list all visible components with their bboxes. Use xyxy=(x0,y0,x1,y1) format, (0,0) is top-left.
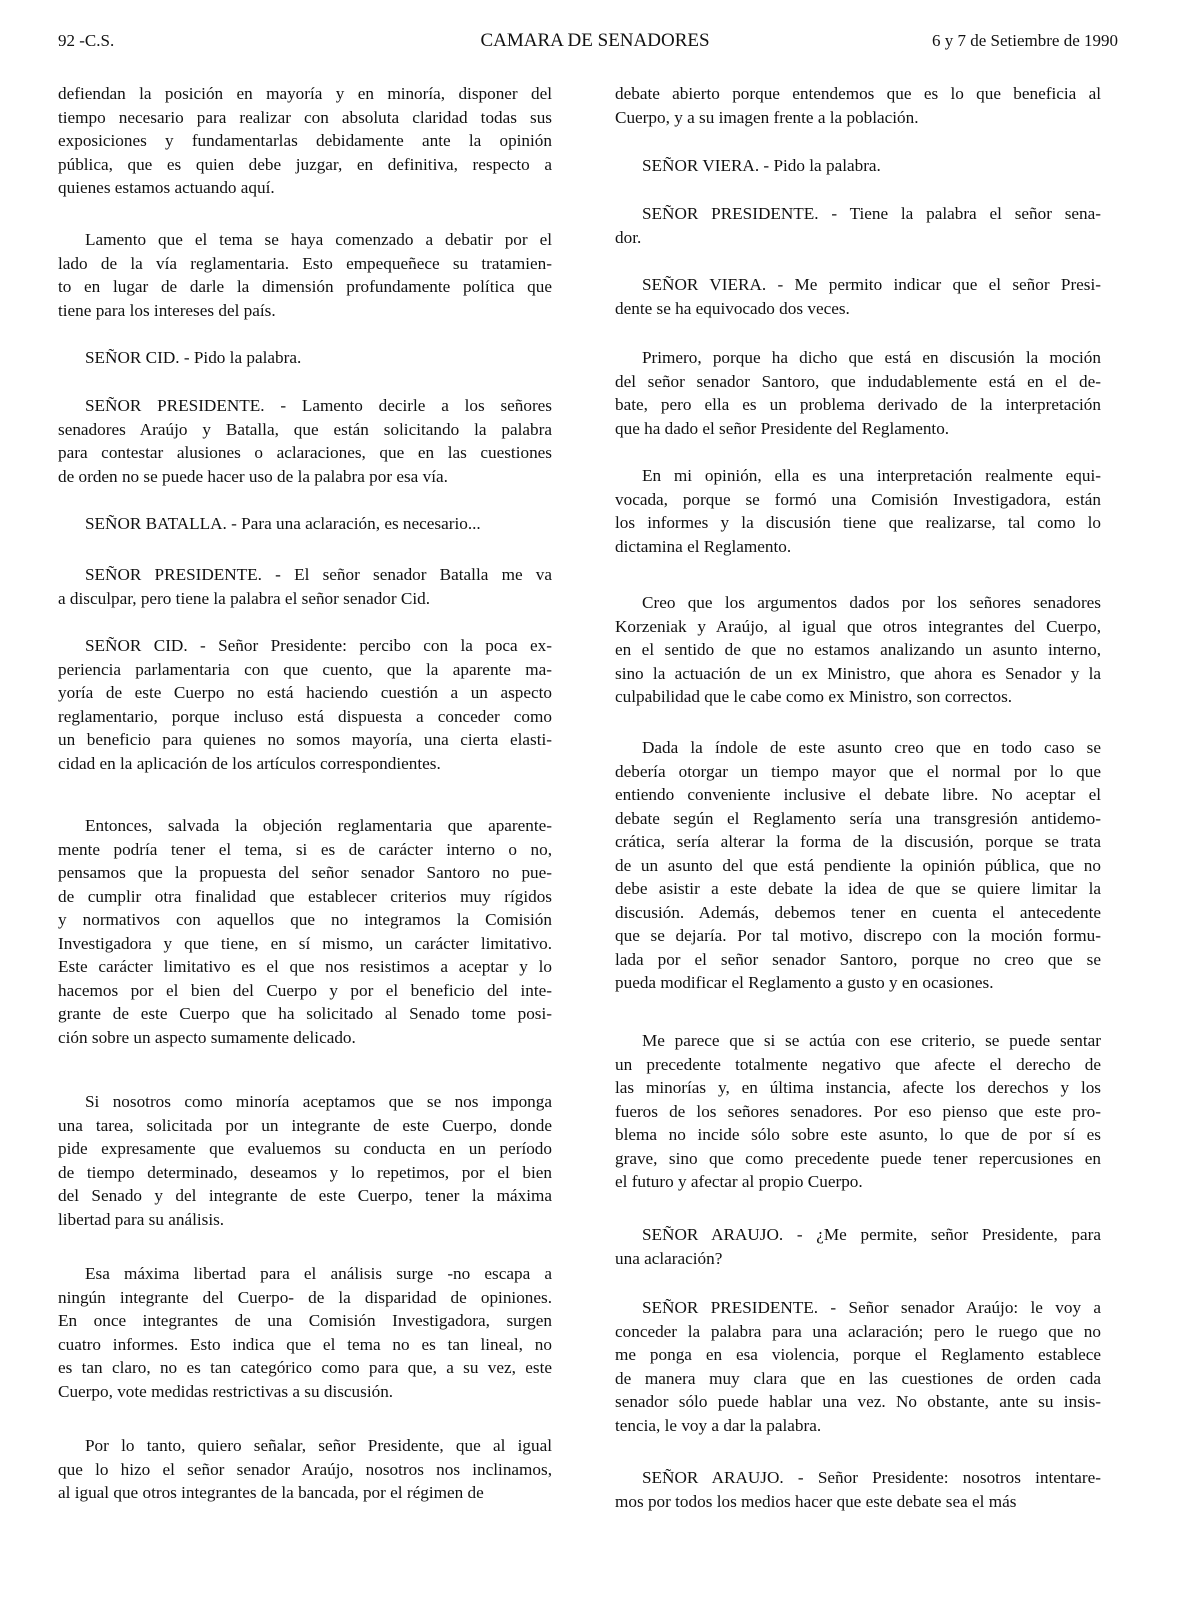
text-line: me ponga en esa violencia, porque el Reg… xyxy=(615,1343,1101,1367)
text-line: fueros de los señores senadores. Por eso… xyxy=(615,1100,1101,1124)
text-line: senador sólo puede hablar una vez. No ob… xyxy=(615,1390,1101,1414)
text-line: pensamos que la propuesta del señor sena… xyxy=(58,861,552,885)
text-line: que se dejaría. Por tal motivo, discrepo… xyxy=(615,924,1101,948)
text-line: SEÑOR ARAUJO. - ¿Me permite, señor Presi… xyxy=(615,1223,1101,1247)
speaker-turn: SEÑOR CID. - Pido la palabra. xyxy=(58,346,552,370)
text-line: debe asistir a este debate la idea de qu… xyxy=(615,877,1101,901)
text-line: Creo que los argumentos dados por los se… xyxy=(615,591,1101,615)
text-line: reglamentario, porque incluso está dispu… xyxy=(58,705,552,729)
text-line: ción sobre un aspecto sumamente delicado… xyxy=(58,1026,552,1050)
speaker-turn: SEÑOR VIERA. - Pido la palabra. xyxy=(615,154,1101,178)
text-line: dictamina el Reglamento. xyxy=(615,535,1101,559)
text-line: SEÑOR VIERA. - Pido la palabra. xyxy=(615,154,1101,178)
paragraph: Lamento que el tema se haya comenzado a … xyxy=(58,228,552,322)
text-line: y normativos con aquellos que no integra… xyxy=(58,908,552,932)
text-line: Este carácter limitativo es el que nos r… xyxy=(58,955,552,979)
text-line: para contestar alusiones o aclaraciones,… xyxy=(58,441,552,465)
text-line: yoría de este Cuerpo no está haciendo cu… xyxy=(58,681,552,705)
text-line: SEÑOR ARAUJO. - Señor Presidente: nosotr… xyxy=(615,1466,1101,1490)
text-line: de orden no se puede hacer uso de la pal… xyxy=(58,465,552,489)
text-line: al igual que otros integrantes de la ban… xyxy=(58,1481,552,1505)
text-line: quienes estamos actuando aquí. xyxy=(58,176,552,200)
text-line: a disculpar, pero tiene la palabra el se… xyxy=(58,587,552,611)
text-line: bate, pero ella es un problema derivado … xyxy=(615,393,1101,417)
text-line: lado de la vía reglamentaria. Esto empeq… xyxy=(58,252,552,276)
text-line: mos por todos los medios hacer que este … xyxy=(615,1490,1101,1514)
text-line: del Senado y del integrante de este Cuer… xyxy=(58,1184,552,1208)
text-line: entiendo conveniente inclusive el debate… xyxy=(615,783,1101,807)
text-line: SEÑOR VIERA. - Me permito indicar que el… xyxy=(615,273,1101,297)
text-line: tiempo necesario para realizar con absol… xyxy=(58,106,552,130)
text-line: vocada, porque se formó una Comisión Inv… xyxy=(615,488,1101,512)
text-line: las minorías y, en última instancia, afe… xyxy=(615,1076,1101,1100)
text-line: es tan claro, no es tan categórico como … xyxy=(58,1356,552,1380)
text-line: SEÑOR PRESIDENTE. - Tiene la palabra el … xyxy=(615,202,1101,226)
text-line: cuatro informes. Esto indica que el tema… xyxy=(58,1333,552,1357)
paragraph: Esa máxima libertad para el análisis sur… xyxy=(58,1262,552,1403)
text-line: lada por el señor senador Santoro, porqu… xyxy=(615,948,1101,972)
text-line: Dada la índole de este asunto creo que e… xyxy=(615,736,1101,760)
text-line: SEÑOR PRESIDENTE. - Lamento decirle a lo… xyxy=(58,394,552,418)
text-line: culpabilidad que le cabe como ex Ministr… xyxy=(615,685,1101,709)
text-line: dente se ha equivocado dos veces. xyxy=(615,297,1101,321)
paragraph: Entonces, salvada la objeción reglamenta… xyxy=(58,814,552,1049)
text-line: mente podría tener el tema, si es de car… xyxy=(58,838,552,862)
text-line: Investigadora y que tiene, en sí mismo, … xyxy=(58,932,552,956)
text-line: cidad en la aplicación de los artículos … xyxy=(58,752,552,776)
text-line: una aclaración? xyxy=(615,1247,1101,1271)
text-line: hacemos por el bien del Cuerpo y por el … xyxy=(58,979,552,1003)
text-line: ningún integrante del Cuerpo- de la disp… xyxy=(58,1286,552,1310)
paragraph: Por lo tanto, quiero señalar, señor Pres… xyxy=(58,1434,552,1505)
speaker-turn: SEÑOR PRESIDENTE. - Tiene la palabra el … xyxy=(615,202,1101,249)
text-line: Me parece que si se actúa con ese criter… xyxy=(615,1029,1101,1053)
session-date: 6 y 7 de Setiembre de 1990 xyxy=(932,30,1118,52)
text-line: los informes y la discusión tiene que re… xyxy=(615,511,1101,535)
text-line: de un asunto del que está pendiente la o… xyxy=(615,854,1101,878)
text-line: un precedente totalmente negativo que af… xyxy=(615,1053,1101,1077)
speaker-turn: SEÑOR VIERA. - Me permito indicar que el… xyxy=(615,273,1101,320)
text-line: debería otorgar un tiempo mayor que el n… xyxy=(615,760,1101,784)
paragraph: Primero, porque ha dicho que está en dis… xyxy=(615,346,1101,440)
paragraph: Dada la índole de este asunto creo que e… xyxy=(615,736,1101,995)
text-line: que ha dado el señor Presidente del Regl… xyxy=(615,417,1101,441)
text-line: grave, sino que como precedente puede te… xyxy=(615,1147,1101,1171)
text-line: tiene para los intereses del país. xyxy=(58,299,552,323)
text-line: pueda modificar el Reglamento a gusto y … xyxy=(615,971,1101,995)
text-line: de tiempo determinado, deseamos y lo rep… xyxy=(58,1161,552,1185)
paragraph: Creo que los argumentos dados por los se… xyxy=(615,591,1101,709)
text-line: de manera muy clara que en las cuestione… xyxy=(615,1367,1101,1391)
paragraph: Si nosotros como minoría aceptamos que s… xyxy=(58,1090,552,1231)
text-line: senadores Araújo y Batalla, que están so… xyxy=(58,418,552,442)
text-line: en el sentido de que no estamos analizan… xyxy=(615,638,1101,662)
text-line: debate abierto porque entendemos que es … xyxy=(615,82,1101,106)
text-line: dor. xyxy=(615,226,1101,250)
text-line: to en lugar de darle la dimensión profun… xyxy=(58,275,552,299)
speaker-turn: SEÑOR PRESIDENTE. - Lamento decirle a lo… xyxy=(58,394,552,488)
text-line: de cumplir otra finalidad que establecer… xyxy=(58,885,552,909)
text-line: Esa máxima libertad para el análisis sur… xyxy=(58,1262,552,1286)
text-line: Entonces, salvada la objeción reglamenta… xyxy=(58,814,552,838)
text-line: En once integrantes de una Comisión Inve… xyxy=(58,1309,552,1333)
text-line: periencia parlamentaria con que cuento, … xyxy=(58,658,552,682)
text-line: SEÑOR CID. - Pido la palabra. xyxy=(58,346,552,370)
paragraph: En mi opinión, ella es una interpretació… xyxy=(615,464,1101,558)
text-line: discusión. Además, debemos tener en cuen… xyxy=(615,901,1101,925)
paragraph: debate abierto porque entendemos que es … xyxy=(615,82,1101,129)
paragraph: defiendan la posición en mayoría y en mi… xyxy=(58,82,552,200)
text-line: pide expresamente que evaluemos su condu… xyxy=(58,1137,552,1161)
text-line: Por lo tanto, quiero señalar, señor Pres… xyxy=(58,1434,552,1458)
text-line: libertad para su análisis. xyxy=(58,1208,552,1232)
text-line: SEÑOR PRESIDENTE. - El señor senador Bat… xyxy=(58,563,552,587)
text-line: SEÑOR CID. - Señor Presidente: percibo c… xyxy=(58,634,552,658)
text-line: SEÑOR BATALLA. - Para una aclaración, es… xyxy=(58,512,552,536)
paragraph: Me parece que si se actúa con ese criter… xyxy=(615,1029,1101,1194)
speaker-turn: SEÑOR ARAUJO. - ¿Me permite, señor Presi… xyxy=(615,1223,1101,1270)
text-line: tencia, le voy a dar la palabra. xyxy=(615,1414,1101,1438)
speaker-turn: SEÑOR ARAUJO. - Señor Presidente: nosotr… xyxy=(615,1466,1101,1513)
text-line: Primero, porque ha dicho que está en dis… xyxy=(615,346,1101,370)
text-line: defiendan la posición en mayoría y en mi… xyxy=(58,82,552,106)
text-line: del señor senador Santoro, que indudable… xyxy=(615,370,1101,394)
text-line: Cuerpo, vote medidas restrictivas a su d… xyxy=(58,1380,552,1404)
text-line: debate según el Reglamento sería una tra… xyxy=(615,807,1101,831)
text-line: Korzeniak y Araújo, al igual que otros i… xyxy=(615,615,1101,639)
text-line: exposiciones y fundamentarlas debidament… xyxy=(58,129,552,153)
text-line: crática, sería alterar la forma de la di… xyxy=(615,830,1101,854)
text-line: que lo hizo el señor senador Araújo, nos… xyxy=(58,1458,552,1482)
text-line: una tarea, solicitada por un integrante … xyxy=(58,1114,552,1138)
text-line: el futuro y afectar al propio Cuerpo. xyxy=(615,1170,1101,1194)
text-line: En mi opinión, ella es una interpretació… xyxy=(615,464,1101,488)
text-line: blema no incide sólo sobre este asunto, … xyxy=(615,1123,1101,1147)
text-line: SEÑOR PRESIDENTE. - Señor senador Araújo… xyxy=(615,1296,1101,1320)
text-line: pública, que es quien debe juzgar, en de… xyxy=(58,153,552,177)
text-line: grante de este Cuerpo que ha solicitado … xyxy=(58,1002,552,1026)
speaker-turn: SEÑOR PRESIDENTE. - Señor senador Araújo… xyxy=(615,1296,1101,1437)
text-line: Si nosotros como minoría aceptamos que s… xyxy=(58,1090,552,1114)
text-line: Lamento que el tema se haya comenzado a … xyxy=(58,228,552,252)
speaker-turn: SEÑOR BATALLA. - Para una aclaración, es… xyxy=(58,512,552,536)
speaker-turn: SEÑOR CID. - Señor Presidente: percibo c… xyxy=(58,634,552,775)
speaker-turn: SEÑOR PRESIDENTE. - El señor senador Bat… xyxy=(58,563,552,610)
text-line: Cuerpo, y a su imagen frente a la poblac… xyxy=(615,106,1101,130)
text-line: un beneficio para quienes no somos mayor… xyxy=(58,728,552,752)
text-line: conceder la palabra para una aclaración;… xyxy=(615,1320,1101,1344)
text-line: sino la actuación de un ex Ministro, que… xyxy=(615,662,1101,686)
